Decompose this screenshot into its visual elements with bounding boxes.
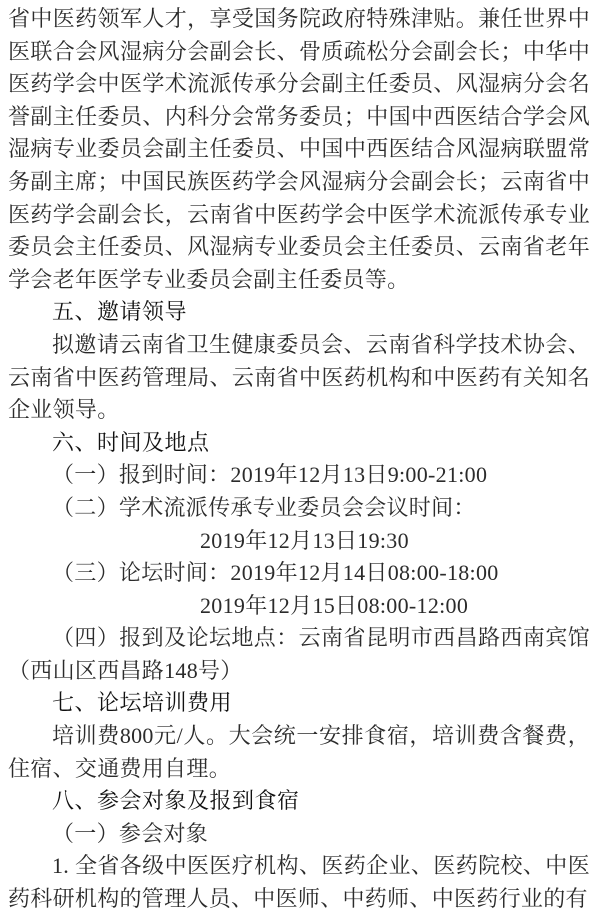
document-page: 省中医药领军人才，享受国务院政府特殊津贴。兼任世界中医联合会风湿病分会副会长、骨… bbox=[0, 0, 598, 913]
paragraph-venue-address: （四）报到及论坛地点：云南省昆明市西昌路西南宾馆（西山区西昌路148号） bbox=[8, 622, 590, 687]
paragraph-credentials-continuation: 省中医药领军人才，享受国务院政府特殊津贴。兼任世界中医联合会风湿病分会副会长、骨… bbox=[8, 3, 590, 296]
paragraph-participants-item-1: 1. 全省各级中医医疗机构、医药企业、医药院校、中医药科研机构的管理人员、中医师… bbox=[8, 850, 590, 913]
line-forum-time-day2: 2019年12月15日08:00-12:00 bbox=[8, 590, 590, 623]
paragraph-invited-leaders: 拟邀请云南省卫生健康委员会、云南省科学技术协会、云南省中医药管理局、云南省中医药… bbox=[8, 329, 590, 427]
heading-section-5-invited-leaders: 五、邀请领导 bbox=[8, 296, 590, 329]
line-registration-time: （一）报到时间：2019年12月13日9:00-21:00 bbox=[8, 459, 590, 492]
line-participants-subheading: （一）参会对象 bbox=[8, 818, 590, 851]
line-forum-time-day1: （三）论坛时间：2019年12月14日08:00-18:00 bbox=[8, 557, 590, 590]
line-committee-meeting-time-label: （二）学术流派传承专业委员会会议时间： bbox=[8, 492, 590, 525]
heading-section-8-participants: 八、参会对象及报到食宿 bbox=[8, 785, 590, 818]
line-committee-meeting-time-value: 2019年12月13日19:30 bbox=[8, 525, 590, 558]
heading-section-6-time-place: 六、时间及地点 bbox=[8, 427, 590, 460]
heading-section-7-training-fee: 七、论坛培训费用 bbox=[8, 687, 590, 720]
paragraph-training-fee: 培训费800元/人。大会统一安排食宿，培训费含餐费，住宿、交通费用自理。 bbox=[8, 720, 590, 785]
